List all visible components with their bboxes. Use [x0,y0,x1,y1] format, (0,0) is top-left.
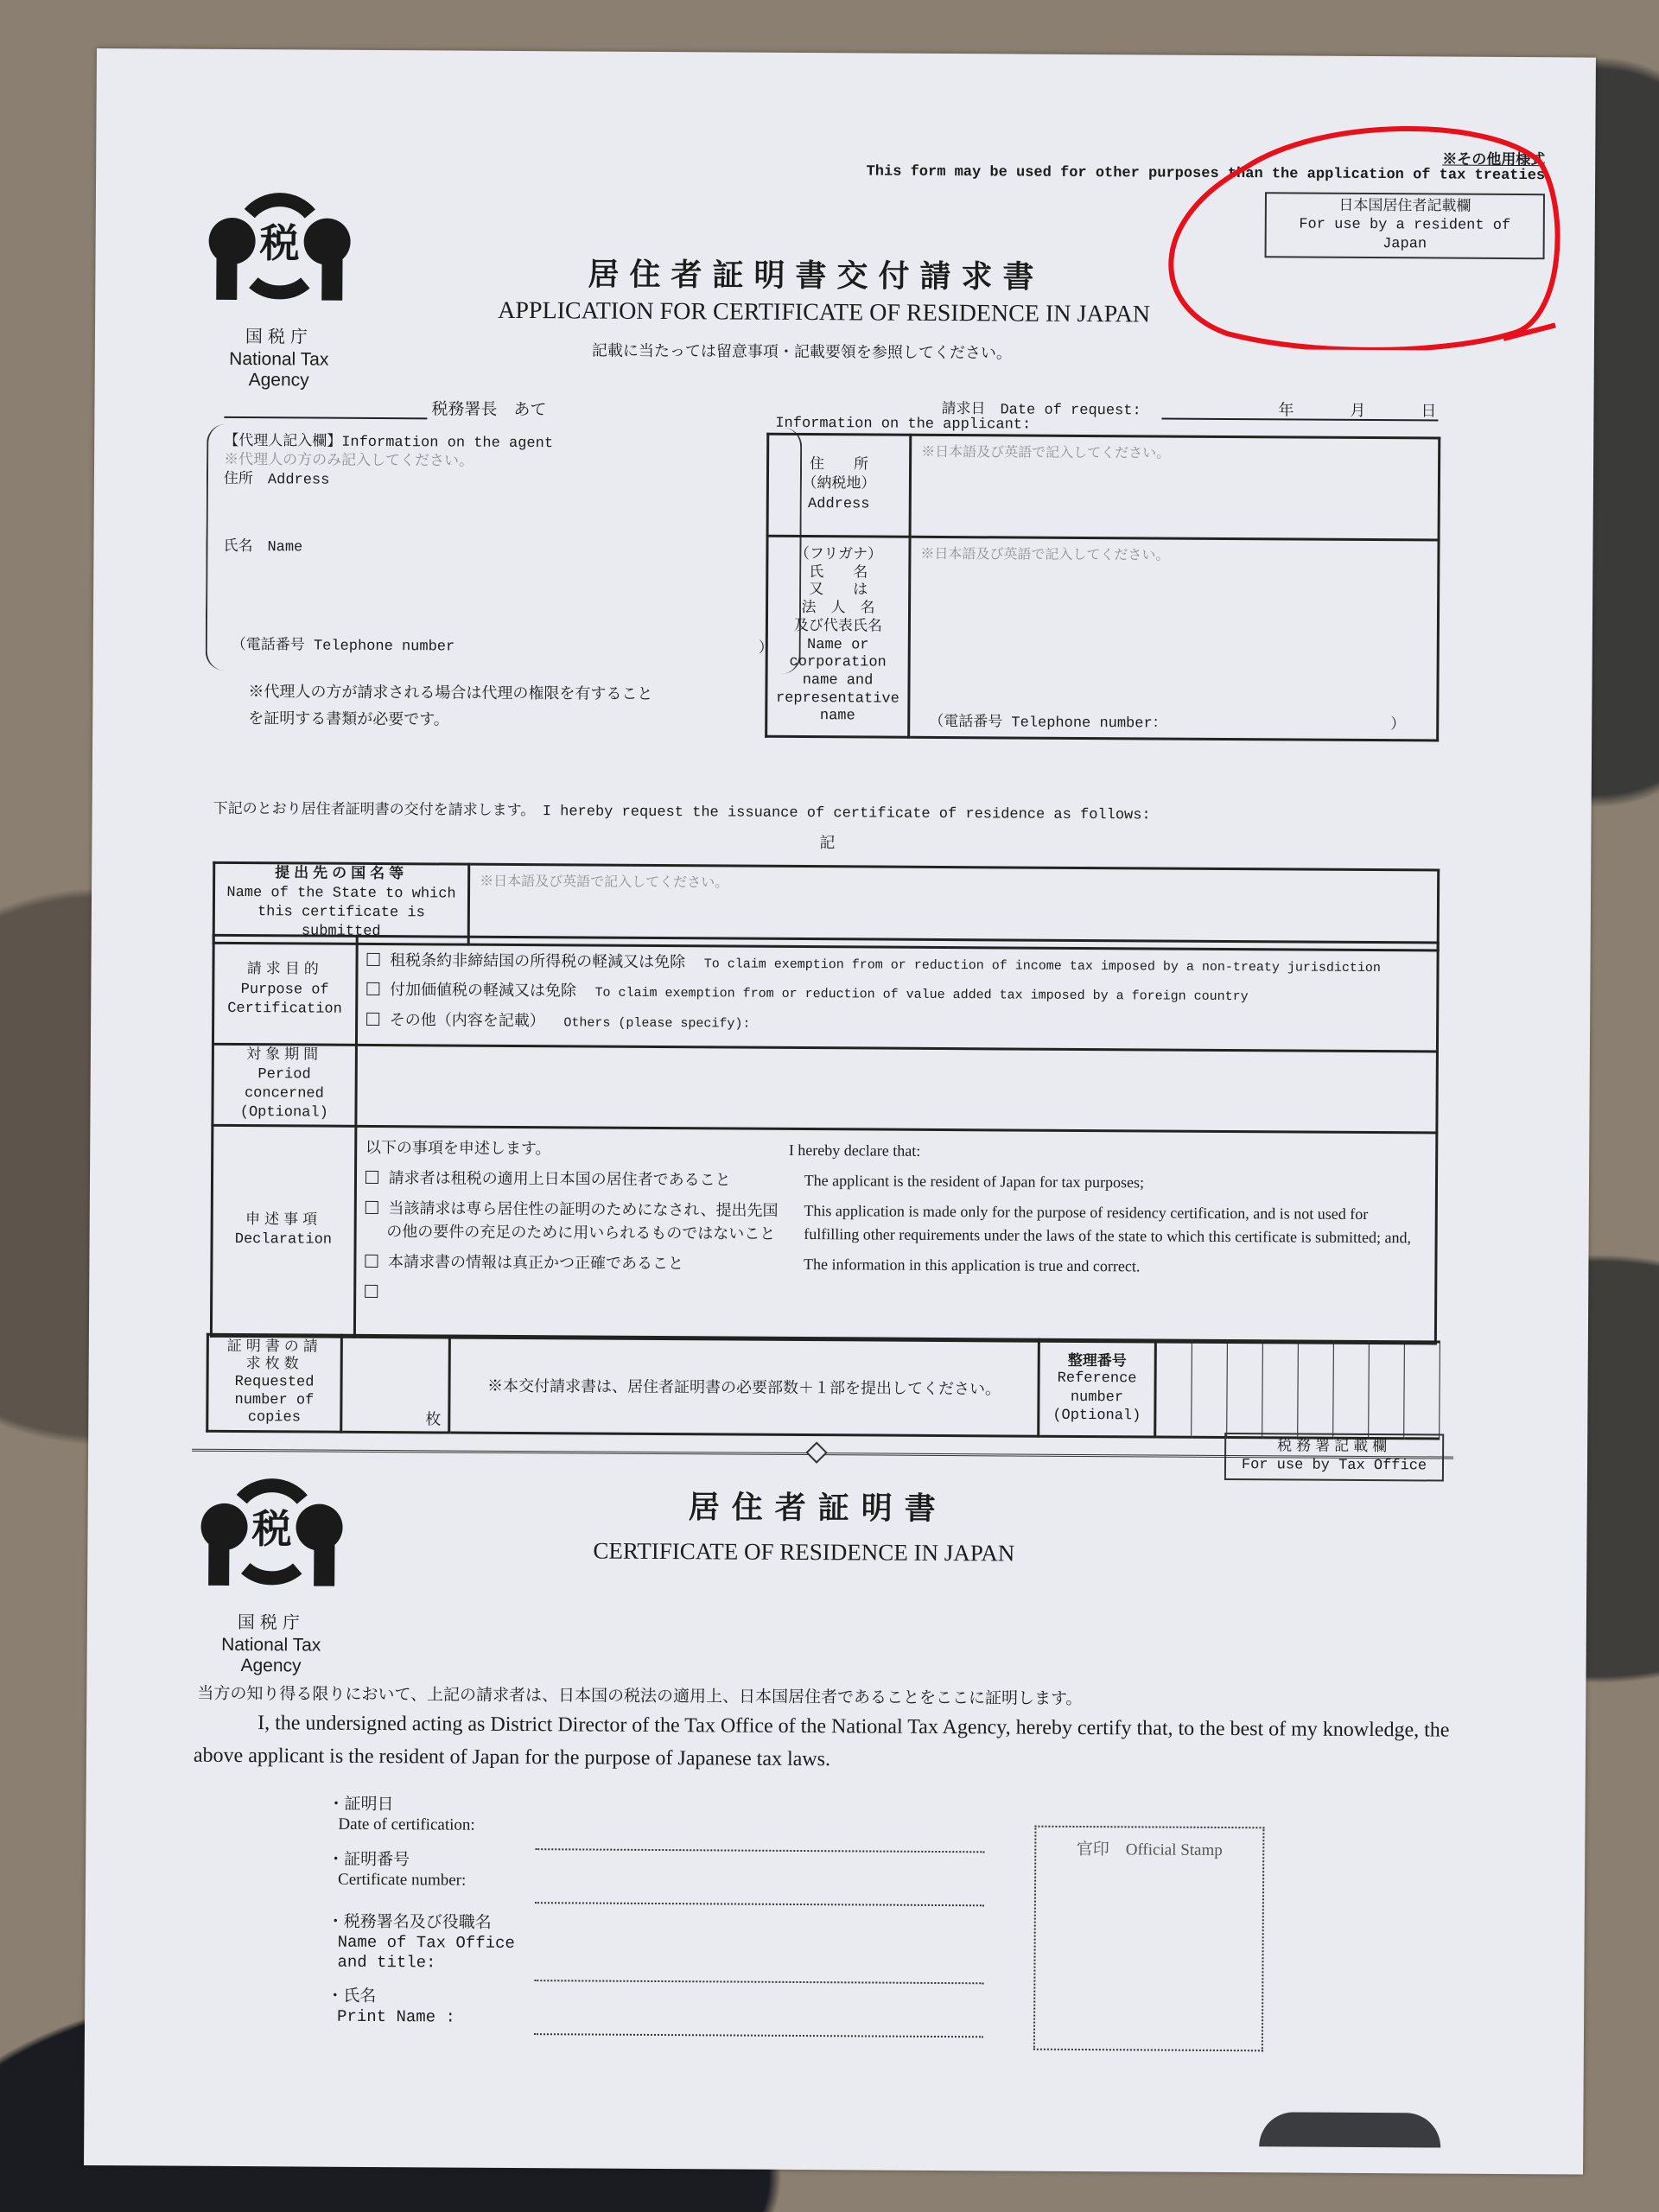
agent-name-input[interactable] [328,539,779,628]
tax-office-box: 税務署記載欄 For use by Tax Office [1224,1433,1444,1481]
svg-text:税: 税 [251,1505,291,1552]
instruction-note: 記載に当たっては留意事項・記載要領を参照してください。 [592,339,1012,364]
copies-note: ※本交付請求書は、居住者証明書の必要部数＋１部を提出してください。 [449,1336,1039,1436]
request-date-field[interactable]: 年 月 日 [1161,401,1438,422]
certification-statement-en: I, the undersigned acting as District Di… [194,1707,1464,1781]
applicant-address-input[interactable]: ※日本語及び英語で記入してください。 [910,435,1440,540]
applicant-name-input[interactable]: ※日本語及び英語で記入してください。 （電話番号 Telephone numbe… [909,537,1439,741]
agent-note: ※代理人の方が請求される場合は代理の権限を有すること を証明する書類が必要です。 [248,678,652,734]
applicant-heading: Information on the applicant: [775,416,1031,434]
clip-shadow [1259,2112,1440,2147]
agency-name-jp: 国税庁 [198,1608,345,1634]
cut-diamond-icon [805,1441,827,1463]
tax-office-box-en: For use by Tax Office [1235,1456,1433,1476]
applicant-phone-close: ） [1390,711,1405,734]
agent-name-label: 氏名 Name [223,538,302,558]
reference-digit[interactable] [1369,1342,1405,1439]
applicant-address-hint: ※日本語及び英語で記入してください。 [912,437,1437,467]
reference-digit[interactable] [1298,1341,1334,1438]
certificate-title-en: CERTIFICATE OF RESIDENCE IN JAPAN [593,1538,1014,1567]
applicant-name-hint: ※日本語及び英語で記入してください。 [912,539,1436,569]
state-label: 提出先の国名等 Name of the State to which this … [213,862,469,944]
ki-label: 記 [819,830,835,853]
certificate-title-jp: 居住者証明書 [689,1483,948,1529]
nta-logo: 税 国税庁 National Tax Agency [206,181,353,391]
cert-name-input[interactable] [534,2018,983,2037]
declaration-item-2[interactable]: 当該請求は専ら居住性の証明のためになされ、提出先国の他の要件の充足のために用いら… [365,1192,788,1249]
agent-hint: ※代理人の方のみ記入してください。 [224,452,474,474]
copies-table: 証明書の請求枚数 Requested number of copies 枚 ※本… [206,1333,1440,1440]
applicant-table: 住 所 （納税地） Address ※日本語及び英語で記入してください。 （フリ… [765,433,1440,742]
checkbox[interactable] [365,1200,378,1213]
agent-phone-label: （電話番号 Telephone number [232,637,455,658]
applicant-address-label: 住 所 （納税地） Address [767,434,911,537]
period-label: 対象期間 Period concerned (Optional) [213,1045,356,1126]
purpose-label: 請求目的 Purpose of Certification [213,935,356,1045]
declaration-content: 以下の事項を申述します。I hereby declare that: 請求者は租… [354,1126,1437,1344]
official-stamp-label: 官印 Official Stamp [1036,1836,1262,1861]
cert-field-office: ・税務署名及び役職名 Name of Tax Office and title: [327,1913,517,1974]
tax-office-box-jp: 税務署記載欄 [1235,1438,1433,1458]
agency-name-jp: 国税庁 [206,322,353,348]
checkbox[interactable] [365,1284,378,1297]
declaration-item-3[interactable]: 本請求書の情報は真正かつ正確であること [365,1246,788,1279]
agent-note-line2: を証明する書類が必要です。 [248,705,652,734]
purpose-table: 請求目的 Purpose of Certification 租税条約非締結国の所… [210,934,1440,1344]
cert-field-number: ・証明番号 Certificate number: [327,1851,467,1891]
applicant-name-label: （フリガナ） 氏 名 又 は 法 人 名 及び代表氏名 Name or corp… [766,536,910,737]
reference-digit[interactable] [1192,1340,1228,1437]
agent-phone-input[interactable] [501,637,752,658]
nta-emblem-icon: 税 [206,181,353,311]
cert-field-name: ・氏名 Print Name : [327,1987,455,2028]
state-hint: ※日本語及び英語で記入してください。 [471,867,1436,899]
application-title-en: APPLICATION FOR CERTIFICATE OF RESIDENCE… [498,297,1150,329]
day-unit: 日 [1421,398,1436,421]
application-title-jp: 居住者証明書交付請求書 [588,250,1044,296]
declaration-item-4[interactable] [365,1276,788,1309]
applicant-phone-label: （電話番号 Telephone number： [929,709,1167,733]
copies-unit: 枚 [425,1407,441,1429]
reference-digit[interactable] [1227,1341,1263,1438]
svg-text:税: 税 [258,219,299,266]
copies-input[interactable]: 枚 [341,1335,450,1433]
year-unit: 年 [1278,397,1294,420]
reference-digit[interactable] [1262,1341,1299,1438]
reference-digit[interactable] [1155,1340,1192,1437]
cert-field-date: ・証明日 Date of certification: [327,1796,475,1836]
agent-address-input[interactable] [329,472,779,535]
tax-office-field[interactable] [224,397,427,419]
agency-name-en: National Tax Agency [197,1635,344,1677]
agent-section: 【代理人記入欄】Information on the agent ※代理人の方の… [206,424,803,674]
reference-digit[interactable] [1404,1342,1440,1439]
cert-office-input[interactable] [534,1964,983,1984]
checkbox[interactable] [365,1170,378,1183]
red-annotation-circle-icon [1123,106,1574,351]
cert-date-input[interactable] [535,1833,984,1853]
request-statement: 下記のとおり居住者証明書の交付を請求します。 I hereby request … [213,796,1151,824]
declaration-label: 申述事項 Declaration [211,1125,355,1337]
checkbox[interactable] [365,1254,378,1267]
declaration-item-1[interactable]: 請求者は租税の適用上日本国の居住者であること [365,1162,789,1195]
cert-number-input[interactable] [535,1886,984,1906]
purpose-option-3[interactable]: その他（内容を記載） Others (please specify): [366,1006,1428,1042]
checkbox[interactable] [366,953,379,966]
copies-label: 証明書の請求枚数 Requested number of copies [207,1334,342,1432]
form-paper: 税 国税庁 National Tax Agency ※その他用様式 This f… [84,48,1596,2175]
official-stamp-box: 官印 Official Stamp [1033,1826,1265,2052]
checkbox[interactable] [366,982,379,995]
certification-statement-jp: 当方の知り得る限りにおいて、上記の請求者は、日本国の税法の適用上、日本国居住者で… [197,1681,1082,1709]
reference-label: 整理番号 Reference number (Optional) [1039,1339,1156,1437]
addressee-label: 税務署長 あて [431,396,546,420]
nta-emblem-icon: 税 [198,1466,346,1597]
agent-note-line1: ※代理人の方が請求される場合は代理の権限を有すること [248,678,652,707]
reference-digit[interactable] [1333,1341,1370,1438]
agent-address-label: 住所 Address [224,471,330,492]
checkbox[interactable] [366,1013,379,1026]
period-input[interactable] [356,1046,1438,1133]
agency-name-en: National Tax Agency [206,349,353,391]
nta-logo-certificate: 税 国税庁 National Tax Agency [197,1466,345,1677]
purpose-options: 租税条約非締結国の所得税の軽減又は免除 To claim exemption f… [356,936,1438,1052]
month-unit: 月 [1350,398,1365,421]
